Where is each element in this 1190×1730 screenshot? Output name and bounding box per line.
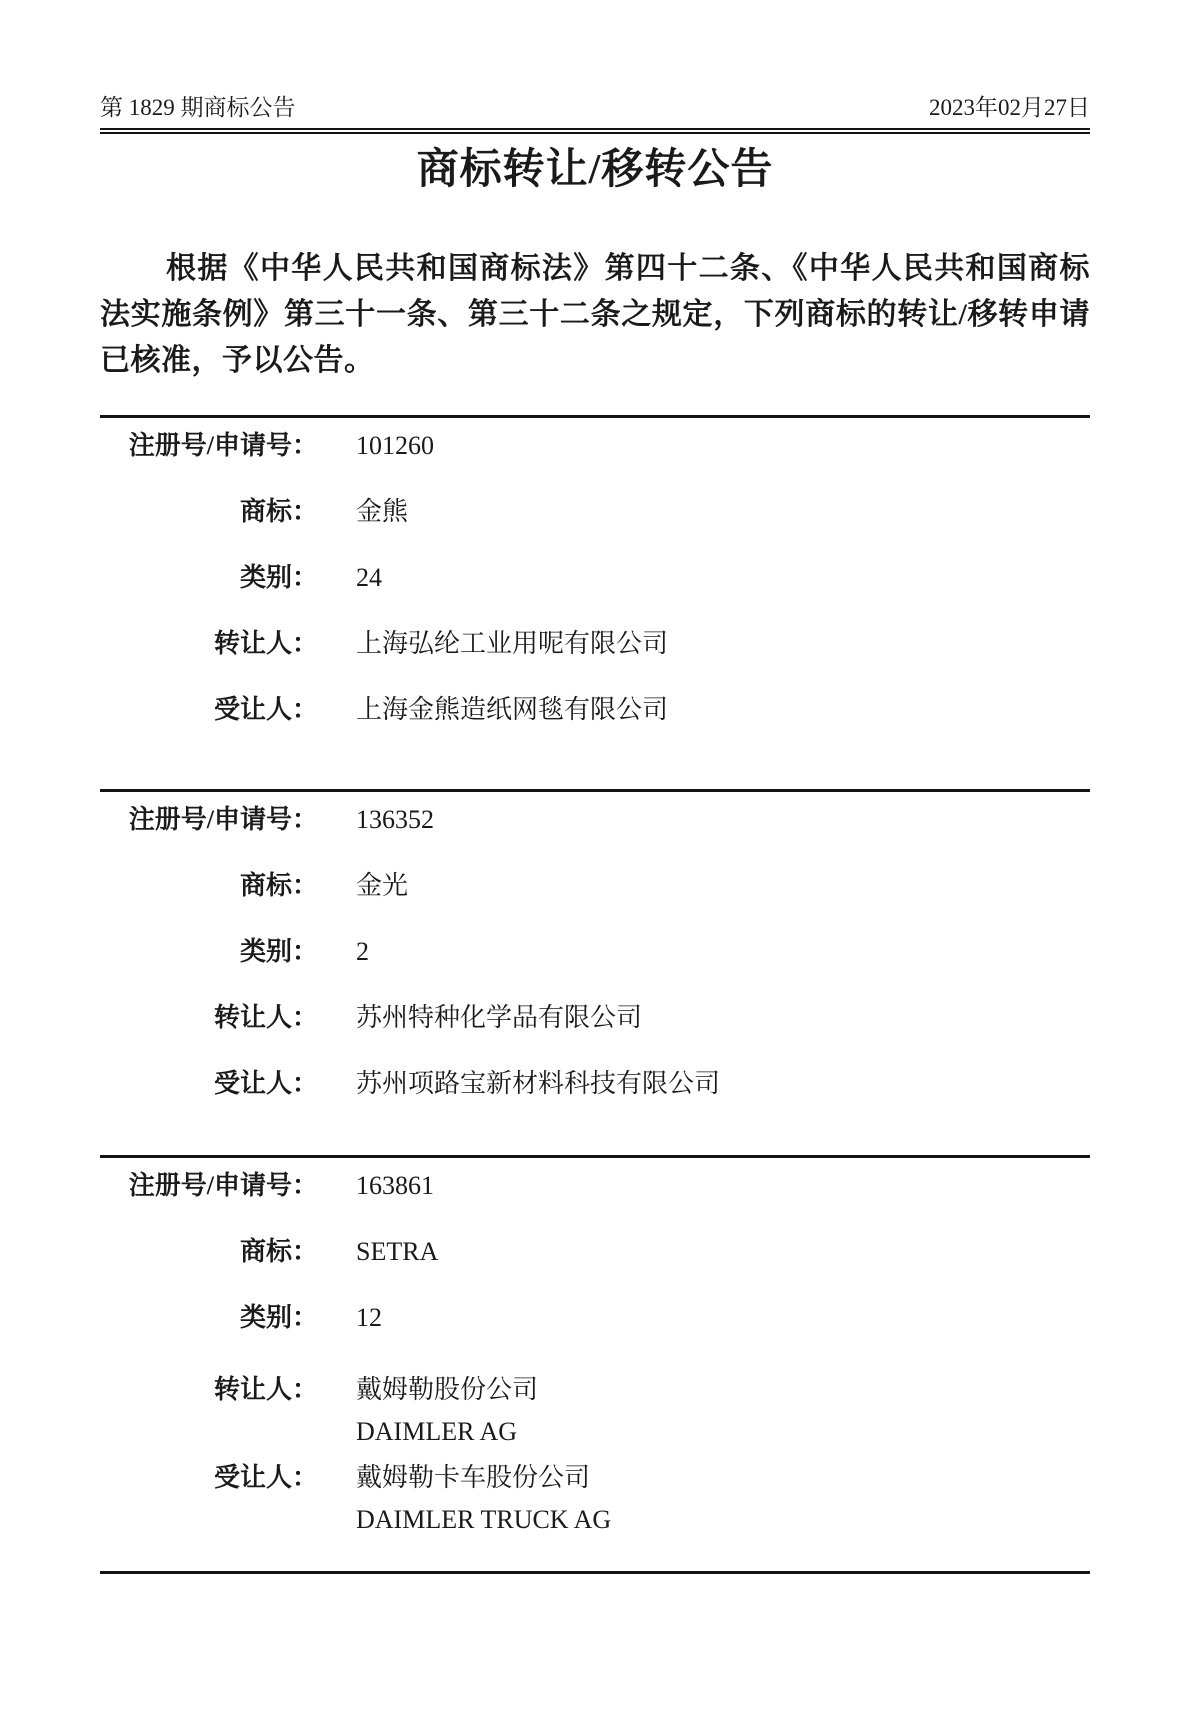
field-row-assignor: 转让人： 苏州特种化学品有限公司 bbox=[100, 1003, 1090, 1033]
trademark-record: 注册号/申请号： 136352 商标： 金光 类别： 2 转让人： 苏州特种化学… bbox=[100, 789, 1090, 1155]
page-title: 商标转让/移转公告 bbox=[100, 146, 1090, 194]
field-row-assignee: 受让人： 苏州项路宝新材料科技有限公司 bbox=[100, 1069, 1090, 1099]
field-row-reg-no: 注册号/申请号： 163861 bbox=[100, 1171, 1090, 1201]
end-divider bbox=[100, 1571, 1090, 1574]
class-value: 24 bbox=[356, 563, 382, 593]
assignor-name-en: DAIMLER AG bbox=[356, 1411, 538, 1453]
assignor-label: 转让人： bbox=[100, 1003, 318, 1033]
class-label: 类别： bbox=[100, 937, 318, 967]
class-label: 类别： bbox=[100, 563, 318, 593]
reg-no-label: 注册号/申请号： bbox=[100, 805, 318, 835]
trademark-label: 商标： bbox=[100, 871, 318, 901]
assignee-label: 受让人： bbox=[100, 695, 318, 725]
assignor-value: 戴姆勒股份公司 DAIMLER AG bbox=[356, 1369, 538, 1453]
page-header: 第 1829 期商标公告 2023年02月27日 bbox=[100, 95, 1090, 120]
field-row-assignor: 转让人： 戴姆勒股份公司 DAIMLER AG bbox=[100, 1369, 1090, 1453]
field-row-trademark: 商标： SETRA bbox=[100, 1237, 1090, 1267]
class-value: 2 bbox=[356, 937, 369, 967]
gazette-issue-number: 第 1829 期商标公告 bbox=[100, 95, 296, 120]
field-row-reg-no: 注册号/申请号： 101260 bbox=[100, 431, 1090, 461]
assignor-label: 转让人： bbox=[100, 1369, 318, 1411]
assignor-name-cn: 戴姆勒股份公司 bbox=[356, 1369, 538, 1411]
reg-no-label: 注册号/申请号： bbox=[100, 431, 318, 461]
field-row-assignor: 转让人： 上海弘纶工业用呢有限公司 bbox=[100, 629, 1090, 659]
assignee-value: 苏州项路宝新材料科技有限公司 bbox=[356, 1069, 720, 1099]
trademark-value: SETRA bbox=[356, 1237, 438, 1267]
class-value: 12 bbox=[356, 1303, 382, 1333]
field-row-trademark: 商标： 金光 bbox=[100, 871, 1090, 901]
assignee-label: 受让人： bbox=[100, 1457, 318, 1499]
reg-no-value: 163861 bbox=[356, 1171, 434, 1201]
class-label: 类别： bbox=[100, 1303, 318, 1333]
gazette-date: 2023年02月27日 bbox=[929, 95, 1090, 120]
intro-paragraph: 根据《中华人民共和国商标法》第四十二条、《中华人民共和国商标法实施条例》第三十一… bbox=[100, 246, 1090, 384]
assignor-value: 苏州特种化学品有限公司 bbox=[356, 1003, 642, 1033]
field-row-trademark: 商标： 金熊 bbox=[100, 497, 1090, 527]
assignor-label: 转让人： bbox=[100, 629, 318, 659]
assignee-name-cn: 戴姆勒卡车股份公司 bbox=[356, 1457, 611, 1499]
records-section: 注册号/申请号： 101260 商标： 金熊 类别： 24 转让人： 上海弘纶工… bbox=[100, 415, 1090, 1574]
field-row-class: 类别： 24 bbox=[100, 563, 1090, 593]
trademark-value: 金熊 bbox=[356, 497, 408, 527]
reg-no-label: 注册号/申请号： bbox=[100, 1171, 318, 1201]
trademark-record: 注册号/申请号： 163861 商标： SETRA 类别： 12 转让人： 戴姆… bbox=[100, 1155, 1090, 1571]
assignee-value: 上海金熊造纸网毯有限公司 bbox=[356, 695, 668, 725]
trademark-record: 注册号/申请号： 101260 商标： 金熊 类别： 24 转让人： 上海弘纶工… bbox=[100, 415, 1090, 789]
assignee-name-en: DAIMLER TRUCK AG bbox=[356, 1499, 611, 1541]
field-row-class: 类别： 12 bbox=[100, 1303, 1090, 1333]
assignee-value: 戴姆勒卡车股份公司 DAIMLER TRUCK AG bbox=[356, 1457, 611, 1541]
field-row-assignee: 受让人： 上海金熊造纸网毯有限公司 bbox=[100, 695, 1090, 725]
header-divider bbox=[100, 128, 1090, 134]
trademark-value: 金光 bbox=[356, 871, 408, 901]
reg-no-value: 101260 bbox=[356, 431, 434, 461]
field-row-assignee: 受让人： 戴姆勒卡车股份公司 DAIMLER TRUCK AG bbox=[100, 1457, 1090, 1541]
reg-no-value: 136352 bbox=[356, 805, 434, 835]
gazette-page: 第 1829 期商标公告 2023年02月27日 商标转让/移转公告 根据《中华… bbox=[0, 0, 1190, 1730]
assignor-value: 上海弘纶工业用呢有限公司 bbox=[356, 629, 668, 659]
field-row-reg-no: 注册号/申请号： 136352 bbox=[100, 805, 1090, 835]
field-row-class: 类别： 2 bbox=[100, 937, 1090, 967]
trademark-label: 商标： bbox=[100, 497, 318, 527]
trademark-label: 商标： bbox=[100, 1237, 318, 1267]
assignee-label: 受让人： bbox=[100, 1069, 318, 1099]
